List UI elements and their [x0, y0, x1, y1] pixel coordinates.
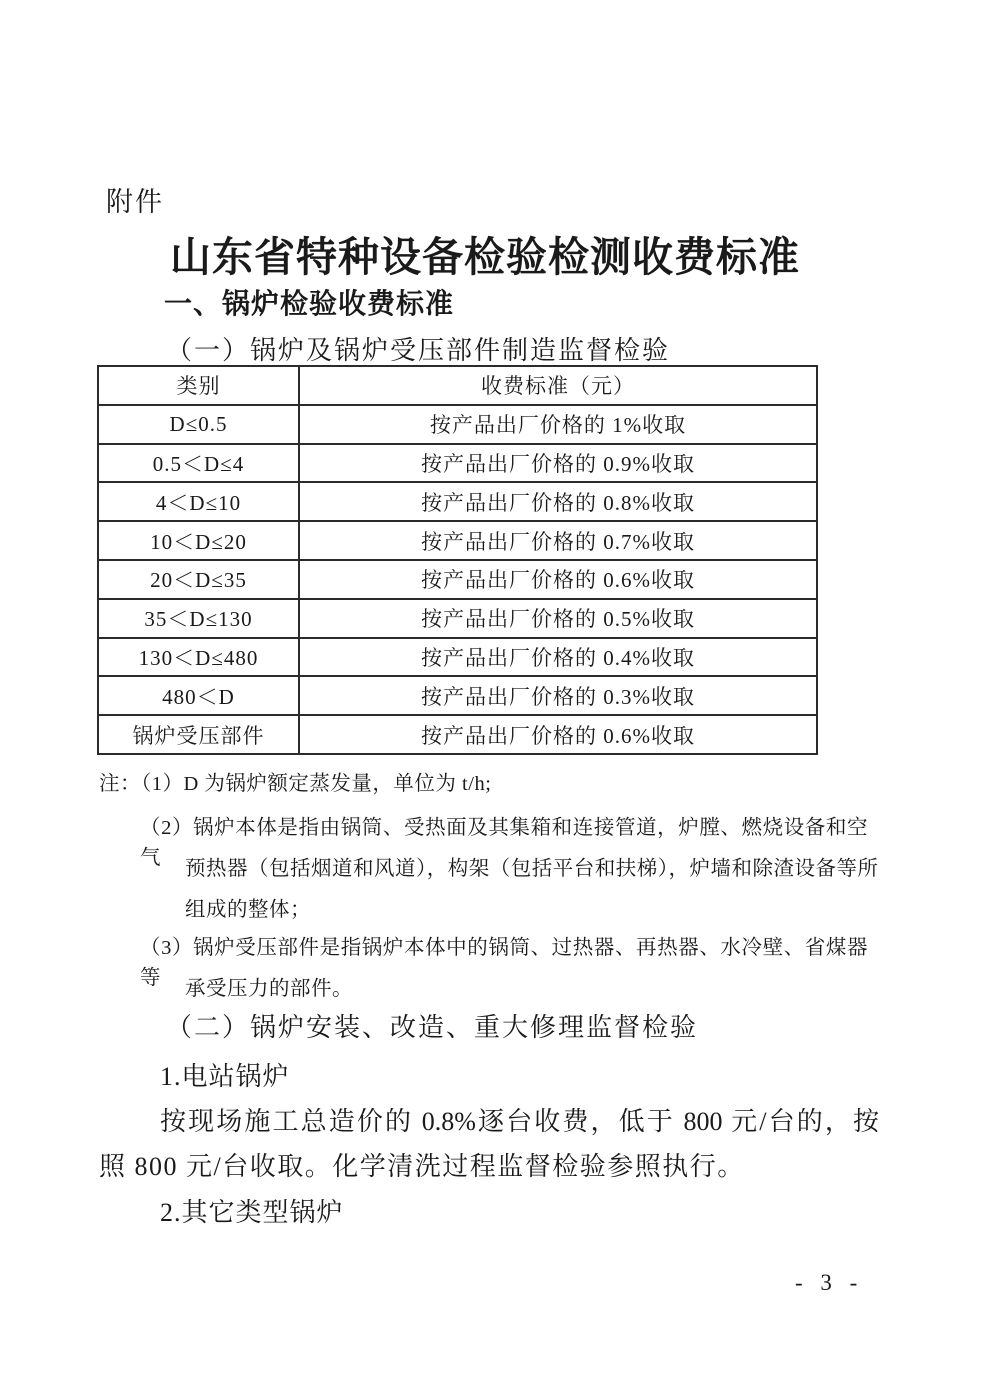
table-row: 35＜D≤130 按产品出厂价格的 0.5%收取 [98, 599, 817, 638]
category-cell: 130＜D≤480 [98, 638, 299, 677]
document-page: 附件 山东省特种设备检验检测收费标准 一、锅炉检验收费标准 （一）锅炉及锅炉受压… [0, 0, 1000, 1400]
category-cell: 20＜D≤35 [98, 560, 299, 599]
fee-cell: 按产品出厂价格的 0.8%收取 [299, 482, 817, 521]
category-cell: 10＜D≤20 [98, 521, 299, 560]
page-number: - 3 - [795, 1270, 863, 1296]
note-1: 注：（1）D 为锅炉额定蒸发量，单位为 t/h; [99, 766, 491, 796]
category-cell: 0.5＜D≤4 [98, 444, 299, 483]
table-header-row: 类别 收费标准（元） [98, 366, 817, 405]
fee-cell: 按产品出厂价格的 0.6%收取 [299, 715, 817, 754]
fee-cell: 按产品出厂价格的 1%收取 [299, 405, 817, 444]
subsection1-heading: （一）锅炉及锅炉受压部件制造监督检验 [166, 330, 670, 367]
table-row: 130＜D≤480 按产品出厂价格的 0.4%收取 [98, 638, 817, 677]
fee-cell: 按产品出厂价格的 0.4%收取 [299, 638, 817, 677]
attachment-label: 附件 [106, 180, 164, 219]
fee-cell: 按产品出厂价格的 0.6%收取 [299, 560, 817, 599]
category-cell: 4＜D≤10 [98, 482, 299, 521]
fee-cell: 按产品出厂价格的 0.3%收取 [299, 676, 817, 715]
table-row: 20＜D≤35 按产品出厂价格的 0.6%收取 [98, 560, 817, 599]
note-2-line-2: 预热器（包括烟道和风道），构架（包括平台和扶梯），炉墙和除渣设备等所 [185, 851, 879, 881]
fee-cell: 按产品出厂价格的 0.5%收取 [299, 599, 817, 638]
table-row: D≤0.5 按产品出厂价格的 1%收取 [98, 405, 817, 444]
column-header-fee-standard: 收费标准（元） [299, 366, 817, 405]
section2-item1-heading: 1.电站锅炉 [160, 1056, 290, 1093]
section2-heading: （二）锅炉安装、改造、重大修理监督检验 [166, 1007, 698, 1044]
section2-item1-paragraph-line-1: 按现场施工总造价的 0.8%逐台收费，低于 800 元/台的，按 [160, 1101, 879, 1138]
fee-cell: 按产品出厂价格的 0.9%收取 [299, 444, 817, 483]
section1-heading: 一、锅炉检验收费标准 [164, 282, 454, 322]
column-header-category: 类别 [98, 366, 299, 405]
table-row: 锅炉受压部件 按产品出厂价格的 0.6%收取 [98, 715, 817, 754]
note-3-line-2: 承受压力的部件。 [185, 971, 353, 1001]
fee-cell: 按产品出厂价格的 0.7%收取 [299, 521, 817, 560]
category-cell: 480＜D [98, 676, 299, 715]
table-row: 480＜D 按产品出厂价格的 0.3%收取 [98, 676, 817, 715]
section2-item2-heading: 2.其它类型锅炉 [160, 1192, 344, 1229]
table-row: 0.5＜D≤4 按产品出厂价格的 0.9%收取 [98, 444, 817, 483]
table-row: 4＜D≤10 按产品出厂价格的 0.8%收取 [98, 482, 817, 521]
boiler-fee-table: 类别 收费标准（元） D≤0.5 按产品出厂价格的 1%收取 0.5＜D≤4 按… [97, 365, 818, 755]
note-2-line-3: 组成的整体； [185, 892, 311, 922]
table-row: 10＜D≤20 按产品出厂价格的 0.7%收取 [98, 521, 817, 560]
category-cell: 锅炉受压部件 [98, 715, 299, 754]
category-cell: 35＜D≤130 [98, 599, 299, 638]
category-cell: D≤0.5 [98, 405, 299, 444]
document-title: 山东省特种设备检验检测收费标准 [97, 224, 873, 283]
section2-item1-paragraph-line-2: 照 800 元/台收取。化学清洗过程监督检验参照执行。 [99, 1146, 745, 1183]
